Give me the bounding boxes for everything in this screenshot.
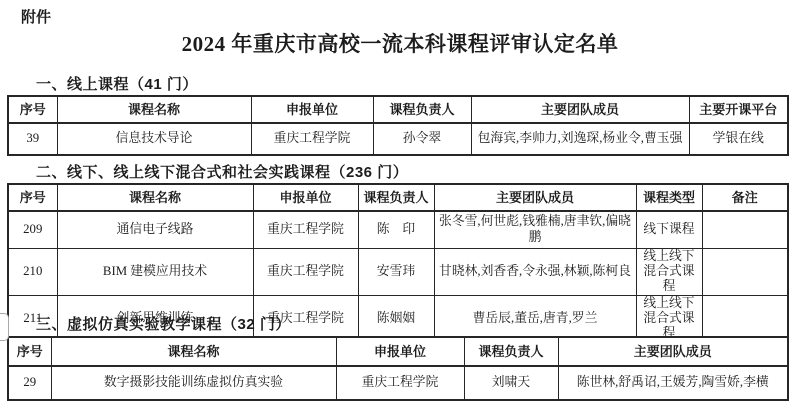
header-cell: 主要开课平台 xyxy=(689,96,788,123)
table-cell: 重庆工程学院 xyxy=(336,366,464,400)
table-cell: 210 xyxy=(8,248,57,295)
table-cell: 重庆工程学院 xyxy=(253,248,358,295)
header-cell: 课程负责人 xyxy=(358,184,434,211)
table-cell: 线下课程 xyxy=(636,211,702,248)
attachment-label: 附件 xyxy=(21,6,51,27)
section-heading-online: 一、线上课程（41 门） xyxy=(36,73,198,94)
table-cell: 通信电子线路 xyxy=(57,211,253,248)
header-cell: 申报单位 xyxy=(336,337,464,366)
header-row: 序号课程名称申报单位课程负责人主要团队成员课程类型备注 xyxy=(8,184,788,211)
page-title: 2024 年重庆市高校一流本科课程评审认定名单 xyxy=(0,28,800,58)
header-cell: 主要团队成员 xyxy=(558,337,788,366)
section-heading-virtual-simulation: 三、虚拟仿真实验教学课程（32 门） xyxy=(36,313,291,334)
course-table-virtual-simulation: 序号课程名称申报单位课程负责人主要团队成员29数字摄影技能训练虚拟仿真实验重庆工… xyxy=(7,336,789,401)
table-row: 209通信电子线路重庆工程学院陈 印张冬雪,何世彪,钱雅楠,唐聿钦,偏晓鹏线下课… xyxy=(8,211,788,248)
table-cell: 线上线下混合式课程 xyxy=(636,248,702,295)
header-cell: 备注 xyxy=(702,184,788,211)
table-cell: 陈 印 xyxy=(358,211,434,248)
table-row: 210BIM 建模应用技术重庆工程学院安雪玮甘晓林,刘香香,令永强,林颖,陈柯良… xyxy=(8,248,788,295)
course-table-online: 序号课程名称申报单位课程负责人主要团队成员主要开课平台39信息技术导论重庆工程学… xyxy=(7,95,789,156)
header-cell: 课程负责人 xyxy=(464,337,558,366)
table-cell: 信息技术导论 xyxy=(57,123,251,155)
header-cell: 申报单位 xyxy=(251,96,373,123)
section-heading-offline-blended: 二、线下、线上线下混合式和社会实践课程（236 门） xyxy=(36,161,408,182)
table-row: 39信息技术导论重庆工程学院孙令翠包海宾,李帅力,刘逸琛,杨业令,曹玉强学银在线 xyxy=(8,123,788,155)
table-cell: 学银在线 xyxy=(689,123,788,155)
header-cell: 主要团队成员 xyxy=(434,184,636,211)
header-cell: 课程名称 xyxy=(51,337,336,366)
header-row: 序号课程名称申报单位课程负责人主要团队成员主要开课平台 xyxy=(8,96,788,123)
table-cell: 重庆工程学院 xyxy=(253,211,358,248)
table-cell: 刘啸天 xyxy=(464,366,558,400)
header-cell: 主要团队成员 xyxy=(471,96,689,123)
table-cell: 39 xyxy=(8,123,57,155)
table-row: 29数字摄影技能训练虚拟仿真实验重庆工程学院刘啸天陈世林,舒禹诏,王媛芳,陶雪娇… xyxy=(8,366,788,400)
table-cell xyxy=(702,211,788,248)
header-cell: 课程类型 xyxy=(636,184,702,211)
page-edge-artifact xyxy=(0,313,9,341)
header-cell: 课程名称 xyxy=(57,96,251,123)
header-cell: 序号 xyxy=(8,337,51,366)
header-cell: 序号 xyxy=(8,184,57,211)
table-cell: 数字摄影技能训练虚拟仿真实验 xyxy=(51,366,336,400)
document-page: 附件 2024 年重庆市高校一流本科课程评审认定名单 一、线上课程（41 门） … xyxy=(0,0,800,404)
table-cell xyxy=(702,248,788,295)
table-cell: 包海宾,李帅力,刘逸琛,杨业令,曹玉强 xyxy=(471,123,689,155)
table-cell: 张冬雪,何世彪,钱雅楠,唐聿钦,偏晓鹏 xyxy=(434,211,636,248)
table-cell: BIM 建模应用技术 xyxy=(57,248,253,295)
table-cell: 重庆工程学院 xyxy=(251,123,373,155)
table-cell: 29 xyxy=(8,366,51,400)
table-cell: 甘晓林,刘香香,令永强,林颖,陈柯良 xyxy=(434,248,636,295)
header-cell: 课程名称 xyxy=(57,184,253,211)
header-row: 序号课程名称申报单位课程负责人主要团队成员 xyxy=(8,337,788,366)
table-cell: 陈世林,舒禹诏,王媛芳,陶雪娇,李横 xyxy=(558,366,788,400)
header-cell: 申报单位 xyxy=(253,184,358,211)
header-cell: 课程负责人 xyxy=(373,96,471,123)
table-cell: 209 xyxy=(8,211,57,248)
table-cell: 安雪玮 xyxy=(358,248,434,295)
header-cell: 序号 xyxy=(8,96,57,123)
table-cell: 孙令翠 xyxy=(373,123,471,155)
